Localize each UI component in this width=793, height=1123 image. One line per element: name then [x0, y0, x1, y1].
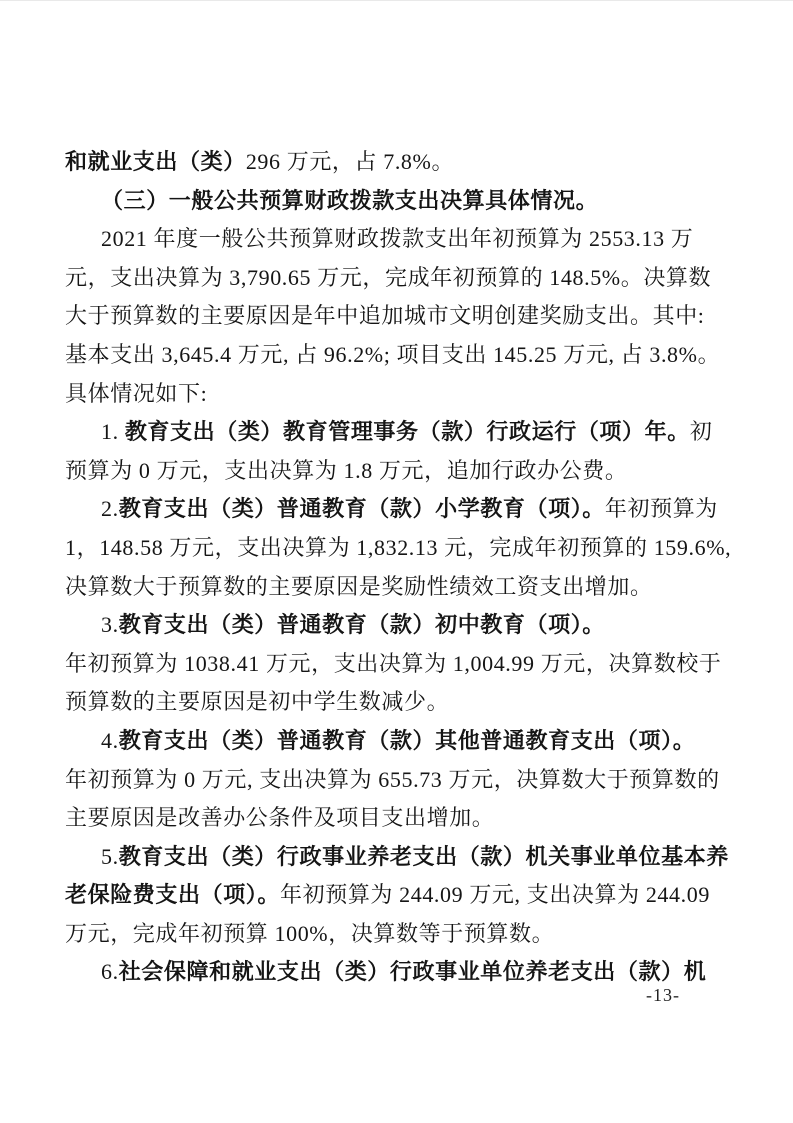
text-segment: 基本支出 3,645.4 万元, 占 96.2%; 项目支出 145.25 万元… — [65, 342, 720, 367]
text-segment: 6. — [101, 959, 119, 984]
text-line: 主要原因是改善办公条件及项目支出增加。 — [65, 799, 737, 838]
text-segment: 年初预算为 0 万元, 支出决算为 655.73 万元，决算数大于预算数的 — [65, 767, 720, 792]
text-line: 预算数的主要原因是初中学生数减少。 — [65, 683, 737, 722]
text-line: 预算为 0 万元，支出决算为 1.8 万元，追加行政办公费。 — [65, 452, 737, 491]
text-segment: 年初预算为 244.09 万元, 支出决算为 244.09 — [280, 882, 710, 907]
text-line: 万元，完成年初预算 100%，决算数等于预算数。 — [65, 915, 737, 954]
text-line: 和就业支出（类）296 万元，占 7.8%。 — [65, 143, 737, 182]
text-segment: 1，148.58 万元，支出决算为 1,832.13 元，完成年初预算的 159… — [65, 535, 731, 560]
text-segment: 4. — [101, 728, 119, 753]
text-segment-bold: 社会保障和就业支出（类）行政事业单位养老支出（款）机 — [119, 959, 707, 984]
text-segment-bold: 教育支出（类）普通教育（款）初中教育（项）。 — [119, 612, 605, 637]
text-line: 6.社会保障和就业支出（类）行政事业单位养老支出（款）机 — [65, 953, 737, 992]
text-segment: 年初预算为 1038.41 万元，支出决算为 1,004.99 万元，决算数校于 — [65, 651, 722, 676]
text-segment-bold: （三）一般公共预算财政拨款支出决算具体情况。 — [101, 188, 598, 213]
text-segment-bold: 教育支出（类）普通教育（款）小学教育（项）。 — [119, 496, 605, 521]
text-line: 基本支出 3,645.4 万元, 占 96.2%; 项目支出 145.25 万元… — [65, 336, 737, 375]
text-line: 1. 教育支出（类）教育管理事务（款）行政运行（项）年。初 — [65, 413, 737, 452]
text-segment: 元，支出决算为 3,790.65 万元，完成年初预算的 148.5%。决算数 — [65, 265, 711, 290]
text-segment: 2. — [101, 496, 119, 521]
text-line: 决算数大于预算数的主要原因是奖励性绩效工资支出增加。 — [65, 568, 737, 607]
text-line: 5.教育支出（类）行政事业养老支出（款）机关事业单位基本养 — [65, 838, 737, 877]
text-line: 3.教育支出（类）普通教育（款）初中教育（项）。 — [65, 606, 737, 645]
text-segment: 3. — [101, 612, 119, 637]
text-segment-bold: 和就业支出（类） — [65, 149, 246, 174]
text-segment: 预算数的主要原因是初中学生数减少。 — [65, 689, 449, 714]
text-line: 年初预算为 1038.41 万元，支出决算为 1,004.99 万元，决算数校于 — [65, 645, 737, 684]
text-segment-bold: 老保险费支出（项）。 — [65, 882, 280, 907]
text-line: 1，148.58 万元，支出决算为 1,832.13 元，完成年初预算的 159… — [65, 529, 737, 568]
text-segment: 决算数大于预算数的主要原因是奖励性绩效工资支出增加。 — [65, 574, 653, 599]
text-line: 老保险费支出（项）。年初预算为 244.09 万元, 支出决算为 244.09 — [65, 876, 737, 915]
text-line: 2.教育支出（类）普通教育（款）小学教育（项）。年初预算为 — [65, 490, 737, 529]
text-segment: 2021 年度一般公共预算财政拨款支出年初预算为 2553.13 万 — [101, 226, 693, 251]
text-segment: 大于预算数的主要原因是年中追加城市文明创建奖励支出。其中: — [65, 303, 705, 328]
text-segment: 年初预算为 — [605, 496, 718, 521]
text-segment: 具体情况如下: — [65, 381, 207, 406]
document-body: 和就业支出（类）296 万元，占 7.8%。（三）一般公共预算财政拨款支出决算具… — [65, 143, 737, 992]
text-segment: 初 — [690, 419, 713, 444]
text-line: 具体情况如下: — [65, 375, 737, 414]
text-line: 年初预算为 0 万元, 支出决算为 655.73 万元，决算数大于预算数的 — [65, 761, 737, 800]
text-line: （三）一般公共预算财政拨款支出决算具体情况。 — [65, 182, 737, 221]
page-number: -13- — [646, 985, 680, 1006]
text-segment: 5. — [101, 844, 119, 869]
text-segment-bold: 教育支出（类）普通教育（款）其他普通教育支出（项）。 — [119, 728, 696, 753]
text-segment-bold: 教育支出（类）教育管理事务（款）行政运行（项）年。 — [125, 419, 690, 444]
document-page: 和就业支出（类）296 万元，占 7.8%。（三）一般公共预算财政拨款支出决算具… — [0, 0, 793, 1123]
text-line: 2021 年度一般公共预算财政拨款支出年初预算为 2553.13 万 — [65, 220, 737, 259]
text-segment: 1. — [101, 419, 125, 444]
text-segment: 主要原因是改善办公条件及项目支出增加。 — [65, 805, 494, 830]
text-segment: 万元，完成年初预算 100%，决算数等于预算数。 — [65, 921, 554, 946]
text-segment: 预算为 0 万元，支出决算为 1.8 万元，追加行政办公费。 — [65, 458, 628, 483]
text-line: 大于预算数的主要原因是年中追加城市文明创建奖励支出。其中: — [65, 297, 737, 336]
text-segment-bold: 教育支出（类）行政事业养老支出（款）机关事业单位基本养 — [119, 844, 729, 869]
text-line: 4.教育支出（类）普通教育（款）其他普通教育支出（项）。 — [65, 722, 737, 761]
text-segment: 296 万元，占 7.8%。 — [246, 149, 454, 174]
text-line: 元，支出决算为 3,790.65 万元，完成年初预算的 148.5%。决算数 — [65, 259, 737, 298]
